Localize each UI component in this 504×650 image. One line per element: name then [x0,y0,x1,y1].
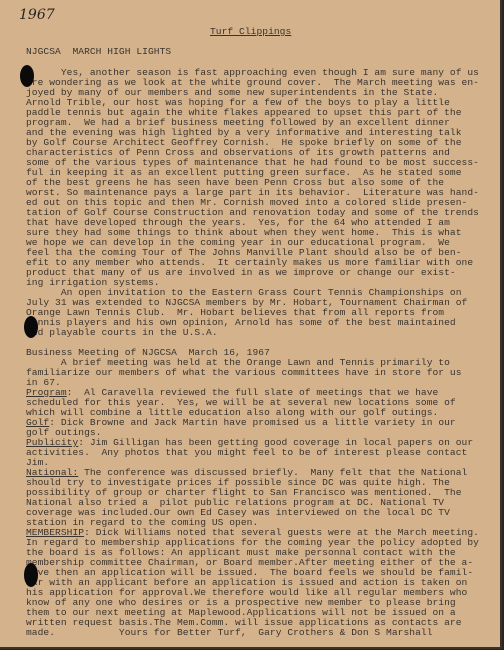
paragraph-line: familiarize our members of what the vari… [26,368,479,378]
punch-hole-middle [24,316,38,338]
paragraph-line: and playable courts in the U.S.A. [26,328,479,338]
handwritten-year: 1967 [19,7,55,23]
section-heading-march-highlights: NJGCSA MARCH HIGH LIGHTS [26,47,171,57]
punch-hole-bottom [24,563,38,587]
paragraph-line: activities. Any photos that you might fe… [26,448,479,458]
document-body: Yes, another season is fast approaching … [26,68,479,638]
document-title: Turf Clippings [210,27,291,37]
closing-signature: made. Yours for Better Turf, Gary Crothe… [26,628,479,638]
document-page: 1967 Turf Clippings NJGCSA MARCH HIGH LI… [0,0,502,649]
punch-hole-top [20,65,34,87]
